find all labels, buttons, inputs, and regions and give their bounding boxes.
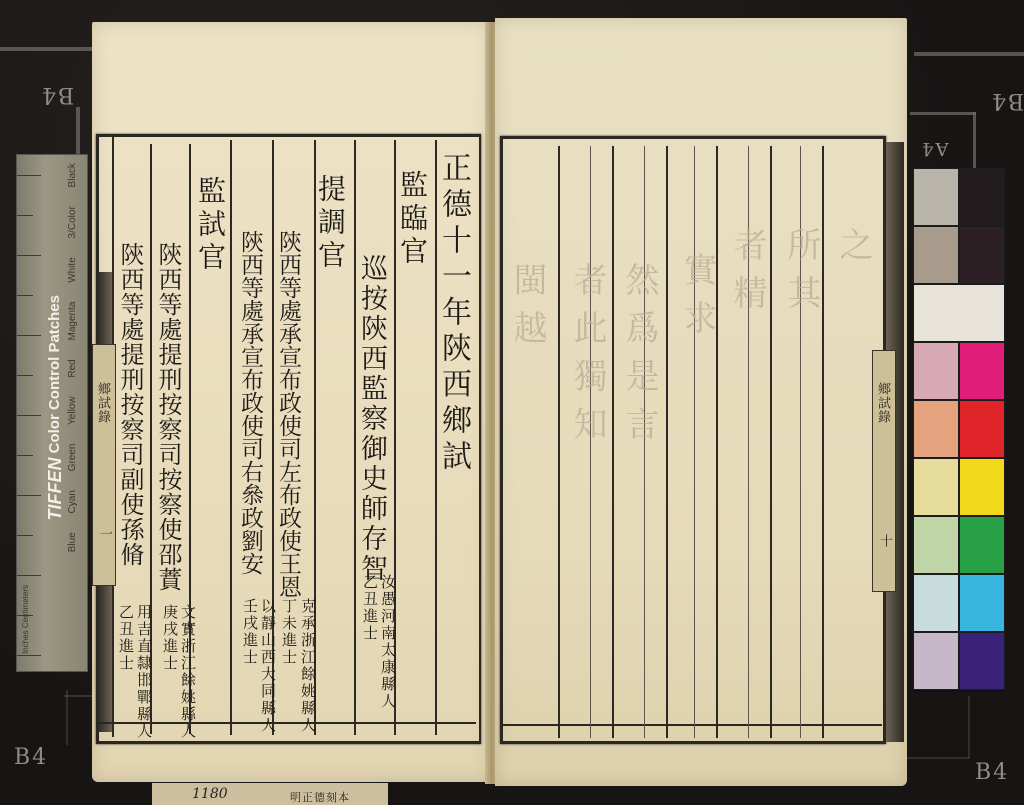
official-note: 以靜山西大同縣人 — [260, 598, 275, 734]
ruler-tick — [17, 455, 33, 456]
bleed-through-text: 實求 — [680, 252, 714, 348]
ruler-tick — [17, 575, 41, 576]
bleed-through-text: 所其 — [784, 227, 818, 323]
official-position: 陝西等處提刑按察司按察使邵蕡 — [156, 242, 180, 592]
color-patch — [959, 400, 1005, 458]
ruler-tick — [17, 215, 33, 216]
spine-label: 鄉試錄 — [96, 382, 109, 424]
column-divider — [822, 146, 824, 738]
column-divider — [230, 140, 232, 735]
spine-tab-left — [92, 344, 116, 586]
official-note: 乙丑進士 — [118, 604, 133, 672]
section-heading: 提調官 — [316, 174, 344, 273]
spine-number: 一 — [98, 527, 111, 541]
color-patch — [959, 516, 1005, 574]
guide-label: B4 — [990, 88, 1024, 113]
guide-line — [905, 757, 970, 759]
official-note: 乙丑進士 — [362, 574, 377, 642]
guide-label: B4 — [975, 760, 1009, 785]
official-position: 巡按陝西監察御史師存智 — [358, 254, 385, 584]
edition-label: 明正德刻本 — [290, 789, 350, 805]
official-note: 壬戌進士 — [242, 598, 257, 666]
bleed-through-text: 然爲是言 — [622, 262, 656, 454]
ruler-tick — [17, 295, 33, 296]
column-divider — [770, 146, 772, 738]
guide-label: B4 — [40, 82, 74, 107]
official-position: 陝西等處提刑按察司副使孫脩 — [118, 242, 142, 567]
guide-line — [76, 107, 80, 155]
guide-label: A4 — [920, 138, 948, 159]
color-patch — [959, 632, 1005, 690]
ruler-tick — [17, 655, 41, 656]
ruler-color-names: Blue Cyan Green Yellow Red Magenta White… — [67, 163, 78, 552]
column-divider — [666, 146, 668, 738]
call-number: 1180 — [192, 786, 228, 802]
guide-line — [64, 695, 92, 697]
column-divider — [558, 146, 560, 738]
bleed-through-text: 者此獨知 — [570, 262, 604, 454]
ruler-units: Inches Centimeters — [21, 585, 30, 654]
official-note: 文實浙江餘姚縣人 — [180, 604, 195, 740]
tiffen-color-ruler: TIFFEN Color Control Patches Blue Cyan G… — [16, 154, 88, 672]
guide-line — [968, 696, 970, 758]
official-position: 陝西等處承宣布政使司右叅政劉安 — [238, 230, 261, 575]
ruler-title-text: Color Control Patches — [46, 295, 63, 453]
spine-number: 十 — [878, 534, 891, 548]
column-divider — [716, 146, 718, 738]
official-note: 庚戌進士 — [162, 604, 177, 672]
ruler-tick — [17, 495, 41, 496]
color-patch — [913, 342, 959, 400]
color-patch — [913, 284, 1005, 342]
call-number-tag: 1180 明正德刻本 — [152, 783, 388, 805]
section-heading: 監臨官 — [398, 170, 426, 269]
bleed-through-text: 閩越 — [510, 262, 544, 358]
color-patch — [913, 516, 959, 574]
color-patch — [959, 226, 1005, 284]
official-position: 陝西等處承宣布政使司左布政使王恩 — [276, 230, 299, 598]
color-patch — [913, 226, 959, 284]
color-patch — [959, 574, 1005, 632]
column-divider — [694, 146, 695, 738]
ruler-tick — [17, 415, 41, 416]
section-heading: 監試官 — [196, 176, 224, 275]
color-patch — [959, 342, 1005, 400]
column-divider — [612, 146, 614, 738]
ruler-tick — [17, 535, 33, 536]
color-patch-chart — [913, 168, 1005, 692]
open-book: 鄉試錄 一 正德十一年陝西鄉試 監臨官 巡按陝西監察御史師存智 汝愚河南太康縣人… — [92, 22, 910, 787]
color-patch — [959, 168, 1005, 226]
ruler-title: TIFFEN Color Control Patches — [45, 295, 66, 521]
bottom-rule — [98, 722, 476, 724]
color-patch — [913, 168, 959, 226]
guide-line — [914, 52, 1024, 56]
document-title: 正德十一年陝西鄉試 — [438, 152, 468, 476]
ruler-tick — [17, 375, 33, 376]
official-note: 克承浙江餘姚縣人 — [300, 598, 315, 734]
color-patch — [913, 400, 959, 458]
bleed-through-text: 者精 — [730, 227, 764, 323]
guide-line — [0, 47, 92, 51]
spine-label: 鄉試錄 — [876, 382, 889, 424]
official-note: 丁未進士 — [281, 598, 296, 666]
guide-label: B4 — [14, 745, 48, 770]
ruler-tick — [17, 335, 41, 336]
color-patch — [913, 632, 959, 690]
color-patch — [913, 574, 959, 632]
ruler-tick — [17, 255, 41, 256]
official-note: 汝愚河南太康縣人 — [380, 574, 395, 710]
guide-line — [66, 690, 68, 745]
guide-line — [973, 112, 976, 168]
guide-line — [910, 112, 976, 115]
official-note: 用吉直隸邯鄲縣人 — [136, 604, 151, 740]
ruler-tick — [17, 175, 41, 176]
ruler-brand: TIFFEN — [45, 458, 65, 521]
color-patch — [959, 458, 1005, 516]
color-patch — [913, 458, 959, 516]
bleed-through-text: 之 — [836, 227, 870, 275]
